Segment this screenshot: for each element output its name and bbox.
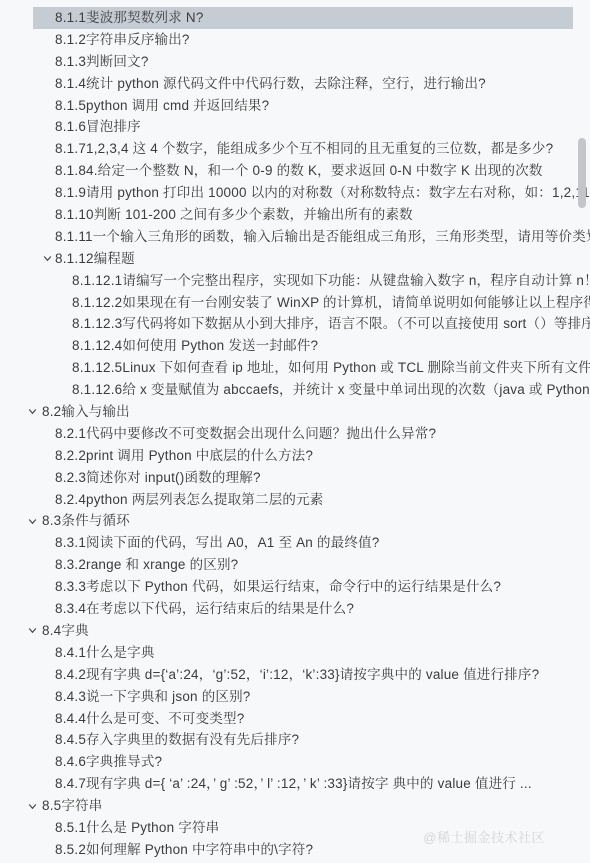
toc-item-label: 8.4.3说一下字典和 json 的区别? <box>55 689 251 704</box>
toc-item[interactable]: 8.1.12.2如果现在有一台刚安装了 WinXP 的计算机，请简单说明如何能够… <box>0 292 590 314</box>
toc-item[interactable]: 8.1.12.3写代码将如下数据从小到大排序，语言不限。（不可以直接使用 sor… <box>0 313 590 335</box>
chevron-down-icon[interactable] <box>26 406 38 418</box>
toc-item-label: 8.1.6冒泡排序 <box>55 119 141 134</box>
toc-item-label: 8.5.1什么是 Python 字符串 <box>55 820 219 835</box>
toc-item[interactable]: 8.1.3判断回文? <box>0 51 590 73</box>
toc-item-label: 8.5.2如何理解 Python 中字符串中的\字符? <box>55 842 313 857</box>
toc-item[interactable]: 8.1.71,2,3,4 这 4 个数字，能组成多少个互不相同的且无重复的三位数… <box>0 138 590 160</box>
toc-item-label: 8.1.84.给定一个整数 N，和一个 0-9 的数 K，要求返回 0-N 中数… <box>55 163 543 178</box>
toc-item[interactable]: 8.1.12.6给 x 变量赋值为 abccaefs，并统计 x 变量中单词出现… <box>0 379 590 401</box>
toc-item-label: 8.2.1代码中要修改不可变数据会出现什么问题？抛出什么异常? <box>55 426 436 441</box>
toc-item[interactable]: 8.1.84.给定一个整数 N，和一个 0-9 的数 K，要求返回 0-N 中数… <box>0 160 590 182</box>
toc-item-label: 8.3.2range 和 xrange 的区别? <box>55 557 238 572</box>
toc-item[interactable]: 8.4.7现有字典 d={ ‘a’ :24，’ g’ :52，’ l’ :12，… <box>0 773 590 795</box>
toc-item[interactable]: 8.4.5存入字典里的数据有没有先后排序? <box>0 729 590 751</box>
toc-item[interactable]: 8.4.3说一下字典和 json 的区别? <box>0 686 590 708</box>
toc-item[interactable]: 8.4.6字典推导式? <box>0 751 590 773</box>
toc-item-label: 8.1.2字符串反序输出? <box>55 32 190 47</box>
toc-item[interactable]: 8.2.2print 调用 Python 中底层的什么方法? <box>0 445 590 467</box>
toc-item-label: 8.3.4在考虑以下代码，运行结束后的结果是什么? <box>55 601 354 616</box>
toc-item[interactable]: 8.3条件与循环 <box>0 510 590 532</box>
toc-item[interactable]: 8.3.1阅读下面的代码，写出 A0，A1 至 An 的最终值? <box>0 532 590 554</box>
toc-item[interactable]: 8.1.12编程题 <box>0 248 590 270</box>
toc-item-label: 8.2输入与输出 <box>42 404 130 419</box>
toc-item-label: 8.1.71,2,3,4 这 4 个数字，能组成多少个互不相同的且无重复的三位数… <box>55 141 553 156</box>
toc-item[interactable]: 8.3.3考虑以下 Python 代码，如果运行结束，命令行中的运行结果是什么? <box>0 576 590 598</box>
toc-item[interactable]: 8.1.11一个输入三角形的函数，输入后输出是否能组成三角形，三角形类型，请用等… <box>0 226 590 248</box>
toc-item[interactable]: 8.2输入与输出 <box>0 401 590 423</box>
toc-item-label: 8.5字符串 <box>42 798 102 813</box>
toc-item-label: 8.1.9请用 python 打印出 10000 以内的对称数（对称数特点：数字… <box>55 185 590 200</box>
chevron-down-icon[interactable] <box>41 253 53 265</box>
toc-item-label: 8.4.5存入字典里的数据有没有先后排序? <box>55 732 299 747</box>
toc-item[interactable]: 8.2.1代码中要修改不可变数据会出现什么问题？抛出什么异常? <box>0 423 590 445</box>
toc-item[interactable]: 8.3.4在考虑以下代码，运行结束后的结果是什么? <box>0 598 590 620</box>
toc-item[interactable]: 8.1.12.1请编写一个完整出程序，实现如下功能：从键盘输入数字 n，程序自动… <box>0 270 590 292</box>
toc-item[interactable]: 8.4.4什么是可变、不可变类型? <box>0 708 590 730</box>
toc-item-label: 8.1.4统计 python 源代码文件中代码行数，去除注释，空行，进行输出? <box>55 76 486 91</box>
toc-item[interactable]: 8.4字典 <box>0 620 590 642</box>
toc-item[interactable]: 8.3.2range 和 xrange 的区别? <box>0 554 590 576</box>
toc-item-label: 8.4字典 <box>42 623 89 638</box>
toc-item-label: 8.1.5python 调用 cmd 并返回结果? <box>55 98 269 113</box>
toc-item-label: 8.1.12.3写代码将如下数据从小到大排序，语言不限。（不可以直接使用 sor… <box>72 316 590 331</box>
toc-item-label: 8.4.2现有字典 d={‘a’:24，‘g’:52，‘i’:12，‘k’:33… <box>55 667 539 682</box>
toc-item[interactable]: 8.4.2现有字典 d={‘a’:24，‘g’:52，‘i’:12，‘k’:33… <box>0 664 590 686</box>
chevron-down-icon[interactable] <box>26 625 38 637</box>
watermark: @稀土掘金技术社区 <box>423 827 545 846</box>
toc-item[interactable]: 8.2.4python 两层列表怎么提取第二层的元素 <box>0 489 590 511</box>
toc-item[interactable]: 8.1.9请用 python 打印出 10000 以内的对称数（对称数特点：数字… <box>0 182 590 204</box>
toc-item-label: 8.2.4python 两层列表怎么提取第二层的元素 <box>55 492 324 507</box>
scrollbar-thumb[interactable] <box>578 138 586 208</box>
toc-item[interactable]: 8.4.1什么是字典 <box>0 642 590 664</box>
toc-item-label: 8.2.3简述你对 input()函数的理解? <box>55 470 261 485</box>
toc-item-label: 8.1.1斐波那契数列求 N? <box>55 10 204 25</box>
toc-item-label: 8.3.1阅读下面的代码，写出 A0，A1 至 An 的最终值? <box>55 535 379 550</box>
toc-item-label: 8.4.4什么是可变、不可变类型? <box>55 711 244 726</box>
toc-item[interactable]: 8.1.5python 调用 cmd 并返回结果? <box>0 95 590 117</box>
toc-item[interactable]: 8.1.12.5Linux 下如何查看 ip 地址，如何用 Python 或 T… <box>0 357 590 379</box>
toc-item[interactable]: 8.1.1斐波那契数列求 N? <box>0 7 590 29</box>
toc-item-label: 8.3条件与循环 <box>42 513 130 528</box>
toc-item-label: 8.4.1什么是字典 <box>55 645 155 660</box>
toc-item-label: 8.3.3考虑以下 Python 代码，如果运行结束，命令行中的运行结果是什么? <box>55 579 501 594</box>
toc-item[interactable]: 8.5字符串 <box>0 795 590 817</box>
toc-item-label: 8.1.12编程题 <box>55 251 135 266</box>
toc-item-label: 8.1.11一个输入三角形的函数，输入后输出是否能组成三角形，三角形类型，请用等… <box>55 229 590 244</box>
toc-item[interactable]: 8.1.6冒泡排序 <box>0 116 590 138</box>
toc-item[interactable]: 8.1.2字符串反序输出? <box>0 29 590 51</box>
toc-item-label: 8.1.3判断回文? <box>55 54 149 69</box>
chevron-down-icon[interactable] <box>26 800 38 812</box>
toc-item[interactable]: 8.1.4统计 python 源代码文件中代码行数，去除注释，空行，进行输出? <box>0 73 590 95</box>
toc-panel: 8.1.1斐波那契数列求 N?8.1.2字符串反序输出?8.1.3判断回文?8.… <box>0 0 590 863</box>
toc-item[interactable]: 8.1.10判断 101-200 之间有多少个素数，并输出所有的素数 <box>0 204 590 226</box>
toc-item[interactable]: 8.2.3简述你对 input()函数的理解? <box>0 467 590 489</box>
toc-item-label: 8.1.10判断 101-200 之间有多少个素数，并输出所有的素数 <box>55 207 413 222</box>
toc-item-label: 8.4.6字典推导式? <box>55 754 162 769</box>
toc-item-label: 8.1.12.4如何使用 Python 发送一封邮件? <box>72 338 318 353</box>
toc-item-label: 8.1.12.5Linux 下如何查看 ip 地址，如何用 Python 或 T… <box>72 360 590 375</box>
toc-list: 8.1.1斐波那契数列求 N?8.1.2字符串反序输出?8.1.3判断回文?8.… <box>0 0 590 861</box>
toc-item[interactable]: 8.1.12.4如何使用 Python 发送一封邮件? <box>0 335 590 357</box>
toc-item-label: 8.1.12.1请编写一个完整出程序，实现如下功能：从键盘输入数字 n，程序自动… <box>72 273 590 288</box>
toc-item-label: 8.1.12.6给 x 变量赋值为 abccaefs，并统计 x 变量中单词出现… <box>72 382 590 397</box>
toc-item-label: 8.4.7现有字典 d={ ‘a’ :24，’ g’ :52，’ l’ :12，… <box>55 776 532 791</box>
chevron-down-icon[interactable] <box>26 515 38 527</box>
toc-item-label: 8.1.12.2如果现在有一台刚安装了 WinXP 的计算机，请简单说明如何能够… <box>72 295 590 310</box>
toc-item-label: 8.2.2print 调用 Python 中底层的什么方法? <box>55 448 313 463</box>
